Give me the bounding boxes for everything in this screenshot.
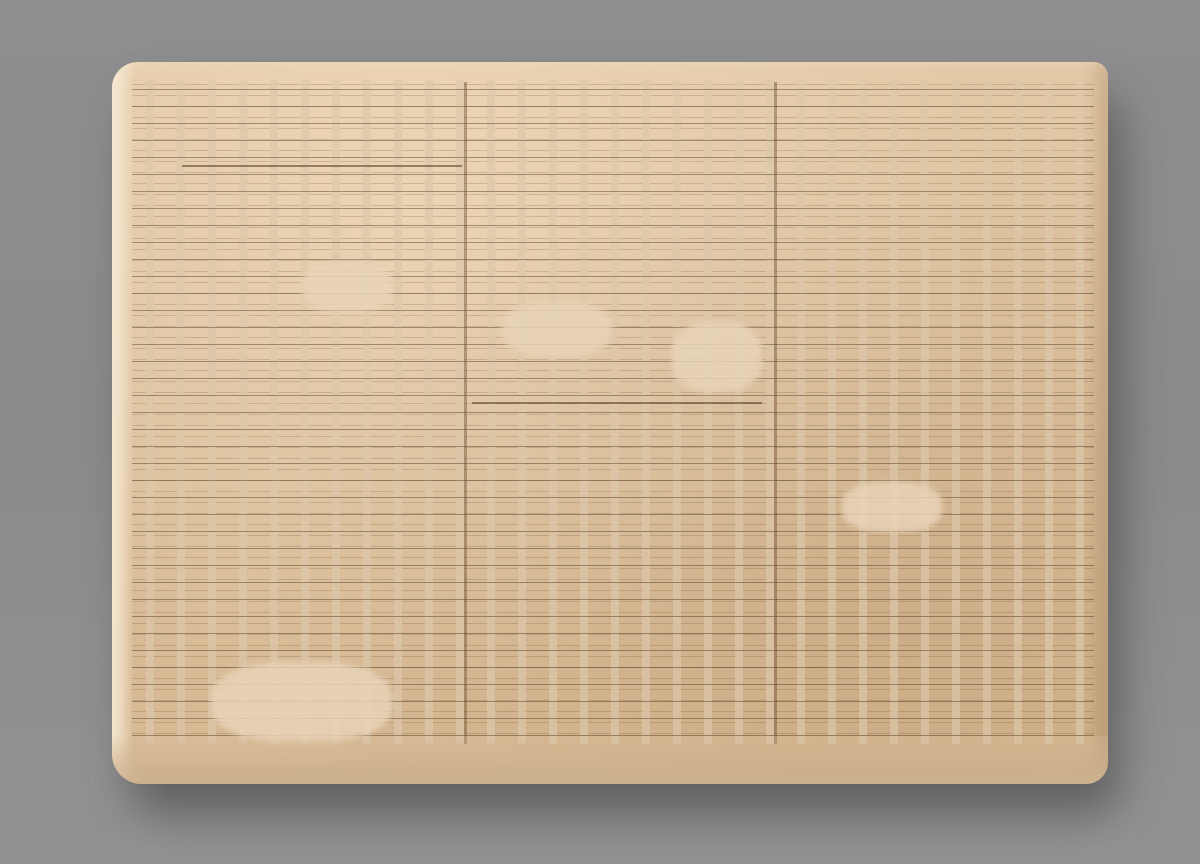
worn-area: [502, 302, 612, 357]
worn-area: [302, 262, 392, 312]
line-rule-2: [472, 402, 762, 404]
tablet-left-edge: [112, 62, 134, 784]
tablet-bottom-edge: [112, 736, 1108, 784]
worn-area: [842, 482, 942, 532]
cuneiform-inscriptions: [132, 80, 1094, 744]
worn-area: [672, 322, 762, 392]
worn-area: [212, 662, 392, 742]
column-divider-1: [464, 82, 467, 744]
line-rule-1: [182, 165, 462, 167]
cuneiform-tablet: Cuneiform clay tablet: [112, 62, 1108, 784]
column-divider-2: [774, 82, 777, 744]
